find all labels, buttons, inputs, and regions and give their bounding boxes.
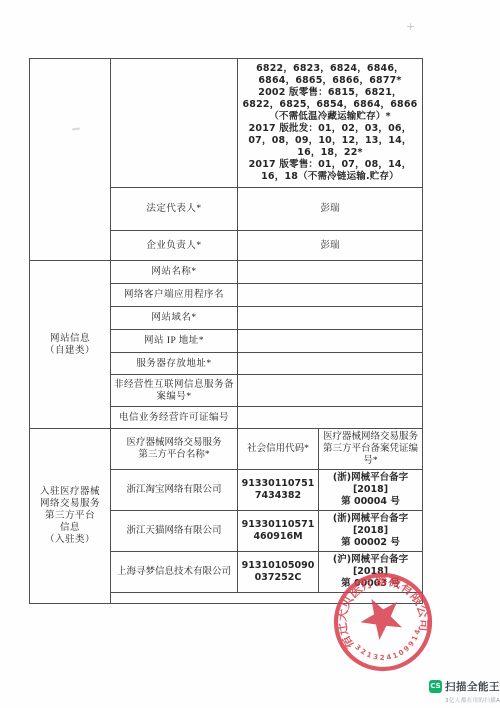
category-cell-website-info: 网站信息 （自建类） bbox=[30, 261, 111, 429]
company-name-cell: 上海寻梦信息技术有限公司 bbox=[111, 552, 238, 593]
label-cell-empty bbox=[111, 59, 238, 188]
registration-table: 6822，6823，6824，6846，6864，6865，6866，6877*… bbox=[29, 58, 423, 604]
camscanner-subtitle: 3亿人都在用的扫描App bbox=[445, 696, 499, 704]
cert-number-cell: (浙)网械平台备字[2018] 第 00002 号 bbox=[319, 511, 423, 552]
header-cell-credit-code: 社会信用代码* bbox=[238, 429, 319, 470]
value-cell-domain-name bbox=[238, 307, 423, 330]
label-cell-client-app-name: 网络客户端应用程序名 bbox=[111, 284, 238, 307]
company-name-cell: 浙江淘宝网络有限公司 bbox=[111, 470, 238, 511]
label-cell-enterprise-principal: 企业负责人* bbox=[111, 231, 238, 261]
value-cell-telecom-license-number bbox=[238, 407, 423, 429]
value-cell-legal-representative: 彭瑞 bbox=[238, 188, 423, 231]
value-cell-server-location bbox=[238, 353, 423, 375]
value-cell-enterprise-principal: 彭瑞 bbox=[238, 231, 423, 261]
camscanner-watermark: CS 扫描全能王 3亿人都在用的扫描App bbox=[429, 679, 499, 704]
value-cell-website-name bbox=[238, 261, 423, 284]
credit-code-cell: 91330110571460916M bbox=[238, 511, 319, 552]
label-cell-domain-name: 网站域名* bbox=[111, 307, 238, 330]
cert-number-cell: (沪)网械平台备字[2018] 第 00003 号 bbox=[319, 552, 423, 593]
category-cell-top bbox=[30, 59, 111, 261]
label-cell-icp-filing-number: 非经营性互联网信息服务备 案编号* bbox=[111, 375, 238, 407]
credit-code-cell: 91310105090037252C bbox=[238, 552, 319, 593]
value-cell-ip-address bbox=[238, 330, 423, 353]
empty-strip-cell bbox=[111, 593, 423, 604]
value-cell-icp-filing-number bbox=[238, 375, 423, 407]
category-cell-platform-info: 入驻医疗器械 网络交易服务 第三方平台 信息 （入驻类） bbox=[30, 429, 111, 604]
scanned-document-page: { "colors": { "border": "#4f4f4f", "text… bbox=[0, 0, 500, 708]
label-cell-telecom-license-number: 电信业务经营许可证编号 bbox=[111, 407, 238, 429]
scope-of-business-cell: 6822，6823，6824，6846，6864，6865，6866，6877*… bbox=[238, 59, 423, 188]
label-cell-legal-representative: 法定代表人* bbox=[111, 188, 238, 231]
label-cell-ip-address: 网站 IP 地址* bbox=[111, 330, 238, 353]
header-cell-cert-number: 医疗器械网络交易服务 第三方平台备案凭证编 号* bbox=[319, 429, 423, 470]
label-cell-server-location: 服务器存放地址* bbox=[111, 353, 238, 375]
label-cell-website-name: 网站名称* bbox=[111, 261, 238, 284]
value-cell-client-app-name bbox=[238, 284, 423, 307]
header-cell-platform-name: 医疗器械网络交易服务 第三方平台名称* bbox=[111, 429, 238, 470]
cert-number-cell: (浙)网械平台备字[2018] 第 00004 号 bbox=[319, 470, 423, 511]
company-name-cell: 浙江天猫网络有限公司 bbox=[111, 511, 238, 552]
credit-code-cell: 913301107517434382 bbox=[238, 470, 319, 511]
camscanner-title: 扫描全能王 bbox=[445, 679, 500, 694]
scan-plus-artifact: + bbox=[406, 20, 415, 33]
camscanner-logo-icon: CS bbox=[429, 680, 442, 693]
